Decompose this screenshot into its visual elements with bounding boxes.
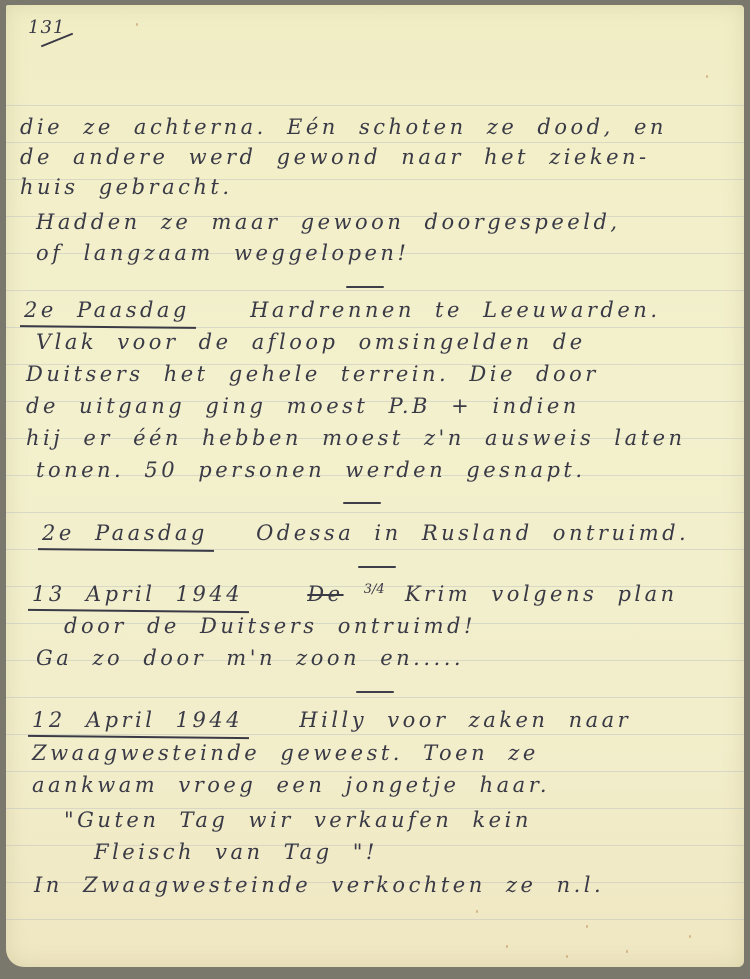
foxing-speck bbox=[586, 925, 588, 928]
entry-heading: 12 April 1944 bbox=[32, 708, 243, 732]
text-line: de andere werd gewond naar het zieken- bbox=[20, 145, 650, 169]
text-line: Zwaagwesteinde geweest. Toen ze bbox=[32, 741, 539, 765]
ruled-line bbox=[6, 142, 744, 143]
text-line: die ze achterna. Eén schoten ze dood, en bbox=[20, 115, 667, 139]
text-line: Vlak voor de afloop omsingelden de bbox=[36, 330, 586, 354]
text-line: door de Duitsers ontruimd! bbox=[64, 614, 476, 638]
text-line: tonen. 50 personen werden gesnapt. bbox=[36, 458, 586, 482]
entry-separator bbox=[356, 691, 394, 693]
text-line: "Guten Tag wir verkaufen kein bbox=[64, 808, 532, 832]
foxing-speck bbox=[566, 955, 568, 958]
text-line: de uitgang ging moest P.B + indien bbox=[26, 394, 580, 418]
entry-separator bbox=[346, 286, 384, 288]
scanned-diary-page: 131 die ze achterna. Eén schoten ze dood… bbox=[0, 0, 750, 979]
foxing-speck bbox=[706, 75, 708, 78]
foxing-speck bbox=[476, 910, 478, 913]
ruled-line bbox=[6, 290, 744, 291]
paper-sheet: 131 die ze achterna. Eén schoten ze dood… bbox=[6, 5, 744, 967]
entry-heading: 2e Paasdag bbox=[42, 521, 208, 545]
text-line: aankwam vroeg een jongetje haar. bbox=[32, 773, 550, 797]
entry-separator bbox=[343, 502, 381, 504]
foxing-speck bbox=[689, 935, 691, 938]
entry-line: 13 April 1944 De 3/4 Krim volgens plan bbox=[32, 582, 678, 606]
text-segment: Hardrennen te Leeuwarden. bbox=[250, 298, 660, 322]
entry-heading: 2e Paasdag bbox=[24, 298, 190, 322]
ruled-line bbox=[6, 919, 744, 920]
foxing-speck bbox=[626, 950, 628, 953]
ruled-line bbox=[6, 105, 744, 106]
text-line: of langzaam weggelopen! bbox=[36, 241, 409, 265]
ruled-line bbox=[6, 771, 744, 772]
text-line: Duitsers het gehele terrein. Die door bbox=[26, 362, 599, 386]
page-number: 131 bbox=[28, 17, 65, 38]
entry-line: 2e Paasdag Odessa in Rusland ontruimd. bbox=[42, 521, 689, 545]
struck-text: De bbox=[307, 582, 343, 606]
entry-separator bbox=[358, 566, 396, 568]
text-line: In Zwaagwesteinde verkochten ze n.l. bbox=[34, 873, 604, 897]
text-segment: Krim volgens plan bbox=[405, 582, 678, 606]
text-segment: Odessa in Rusland ontruimd. bbox=[256, 521, 689, 545]
text-line: hij er één hebben moest z'n ausweis late… bbox=[26, 426, 686, 450]
text-line: huis gebracht. bbox=[20, 175, 233, 199]
text-segment: Hilly voor zaken naar bbox=[299, 708, 631, 732]
text-line: Fleisch van Tag "! bbox=[94, 840, 378, 864]
text-line: Hadden ze maar gewoon doorgespeeld, bbox=[36, 210, 621, 234]
fraction-text: 3/4 bbox=[364, 582, 385, 597]
foxing-speck bbox=[506, 945, 508, 948]
foxing-speck bbox=[136, 23, 138, 26]
entry-line: 2e Paasdag Hardrennen te Leeuwarden. bbox=[24, 298, 661, 322]
ruled-line bbox=[6, 697, 744, 698]
entry-line: 12 April 1944 Hilly voor zaken naar bbox=[32, 708, 631, 732]
entry-heading: 13 April 1944 bbox=[32, 582, 243, 606]
text-line: Ga zo door m'n zoon en..... bbox=[36, 646, 464, 670]
ruled-line bbox=[6, 512, 744, 513]
